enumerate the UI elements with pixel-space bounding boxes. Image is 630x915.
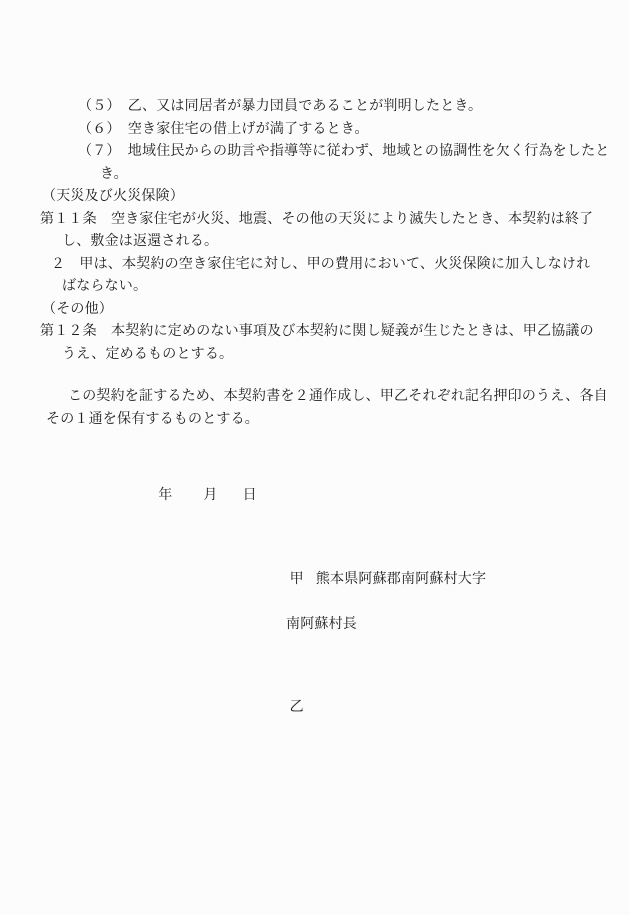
document-line: この契約を証するため、本契約書を２通作成し、甲乙それぞれ記名押印のうえ、各自	[0, 386, 630, 409]
party-a-address: 熊本県阿蘇郡南阿蘇村大字	[316, 572, 486, 587]
document-line: （５） 乙、又は同居者が暴力団員であることが判明したとき。	[0, 96, 630, 119]
document-line: （天災及び火災保険）	[0, 186, 630, 209]
document-line: 第１１条 空き家住宅が火災、地震、その他の天災により滅失したとき、本契約は終了	[0, 209, 630, 232]
party-b-row: 乙	[0, 675, 630, 743]
party-a-title: 南阿蘇村長	[0, 614, 630, 637]
document-line: （７） 地域住民からの助言や指導等に従わず、地域との協調性を欠く行為をしたと	[0, 141, 630, 164]
party-b-label: 乙	[290, 700, 304, 715]
document-line: 第１２条 本契約に定めのない事項及び本契約に関し疑義が生じたときは、甲乙協議の	[0, 321, 630, 344]
document-line: その１通を保有するものとする。	[0, 409, 630, 432]
party-a-row: 甲熊本県阿蘇郡南阿蘇村大字	[0, 547, 630, 615]
signature-block: 甲熊本県阿蘇郡南阿蘇村大字 南阿蘇村長 乙	[0, 547, 630, 743]
closing-paragraph: この契約を証するため、本契約書を２通作成し、甲乙それぞれ記名押印のうえ、各自 そ…	[0, 386, 630, 431]
clause-lines: （５） 乙、又は同居者が暴力団員であることが判明したとき。 （６） 空き家住宅の…	[0, 96, 630, 366]
contract-body: （５） 乙、又は同居者が暴力団員であることが判明したとき。 （６） 空き家住宅の…	[0, 0, 630, 742]
contract-page: （５） 乙、又は同居者が暴力団員であることが判明したとき。 （６） 空き家住宅の…	[0, 0, 630, 915]
day-label: 日	[243, 488, 257, 503]
document-line: し、敷金は返還される。	[0, 231, 630, 254]
document-line: ばならない。	[0, 276, 630, 299]
year-label: 年	[158, 488, 172, 503]
party-a-label: 甲	[290, 572, 304, 587]
date-line: 年月日	[0, 462, 630, 530]
document-line: （６） 空き家住宅の借上げが満了するとき。	[0, 119, 630, 142]
document-line: ２ 甲は、本契約の空き家住宅に対し、甲の費用において、火災保険に加入しなけれ	[0, 254, 630, 277]
document-line: うえ、定めるものとする。	[0, 344, 630, 367]
document-line: （その他）	[0, 299, 630, 322]
month-label: 月	[203, 488, 217, 503]
document-line: き。	[0, 164, 630, 187]
